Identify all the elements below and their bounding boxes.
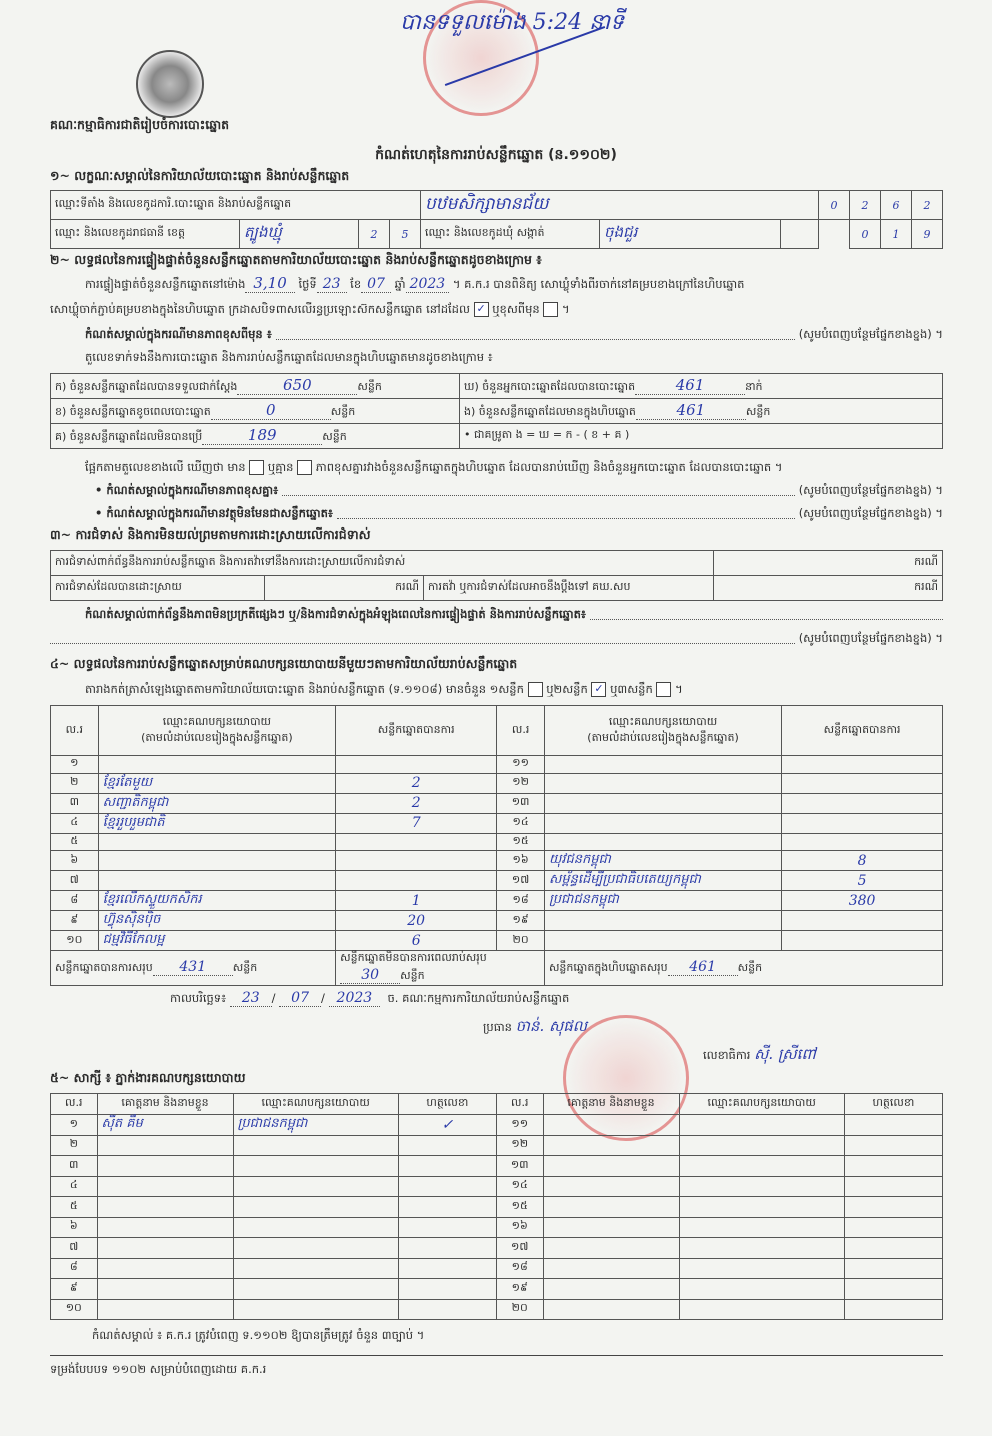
- table-row: ៣១៣: [51, 1156, 943, 1177]
- row-no: ១៦: [496, 1217, 543, 1238]
- table-row: ៤១៤: [51, 1176, 943, 1197]
- resolved-count[interactable]: ករណី: [265, 576, 424, 601]
- row-no: ៨: [51, 1258, 98, 1279]
- figure-value[interactable]: 650: [237, 376, 357, 395]
- province-label: ឈ្មោះ និងលេខកូដរាជធានី ខេត្ត: [51, 220, 240, 249]
- ballot-figures-table: ក) ចំនួនសន្លឹកឆ្នោតដែលបានទទួលជាក់ស្តែង65…: [50, 373, 943, 449]
- total-invalid-value[interactable]: 30: [340, 967, 400, 984]
- row-no: ១៤: [497, 813, 545, 833]
- complaints-table: ការជំទាស់ពាក់ព័ន្ធនឹងការរាប់សន្លឹកឆ្នោត …: [50, 550, 943, 601]
- col-no: ល.រ: [51, 706, 99, 756]
- section4-heading: ៤~ លទ្ធផលនៃការរាប់សន្លឹកឆ្នោតសម្រាប់គណបក…: [50, 656, 517, 675]
- witness-name[interactable]: [543, 1115, 679, 1136]
- witness-party[interactable]: [233, 1217, 398, 1238]
- party-votes[interactable]: [782, 833, 943, 851]
- total-invalid: សន្លឹកឆ្នោតមិនបានការពេលរាប់សរុប30សន្លឹក: [336, 951, 545, 986]
- col-name: គោត្តនាម និងនាមខ្លួន: [543, 1094, 679, 1115]
- party-votes[interactable]: 380: [782, 891, 943, 911]
- row-no: ៧: [51, 871, 99, 891]
- col-party: ឈ្មោះគណបក្សនយោបាយ(តាមលំដាប់លេខរៀងក្នុងសន…: [544, 706, 781, 756]
- station-code-digit[interactable]: 0: [819, 191, 850, 220]
- same-checkbox[interactable]: ✓: [474, 302, 489, 317]
- party-name[interactable]: [98, 833, 335, 851]
- forwarded-label: ការតវ៉ា ឬការជំទាស់ដែលអាចនឹងប្តឹងទៅ គឃ.សប: [424, 576, 714, 601]
- row-no: ១៦: [497, 851, 545, 871]
- chair-signature: ប្រធាន ចាន់. សុផល: [483, 1017, 587, 1039]
- row-no: ១៥: [497, 833, 545, 851]
- witness-party[interactable]: [679, 1115, 844, 1136]
- date-year[interactable]: 2023: [329, 990, 381, 1007]
- table-row: ៥១៥: [51, 833, 943, 851]
- party-name[interactable]: ខ្មែរលើកស្ទួយកសិករ: [98, 891, 335, 911]
- witness-name[interactable]: [97, 1197, 233, 1218]
- witness-signature[interactable]: [844, 1299, 942, 1320]
- row-no: ២០: [497, 931, 545, 951]
- col-no: ល.រ: [497, 706, 545, 756]
- difference-note-field[interactable]: [276, 327, 795, 340]
- polling-station-label: ឈ្មោះទីតាំង និងលេខកូដការិ.បោះឆ្នោត និងរា…: [51, 191, 421, 220]
- col-no: ល.រ: [496, 1094, 543, 1115]
- party-votes[interactable]: [782, 931, 943, 951]
- witness-name[interactable]: [543, 1135, 679, 1156]
- witness-name[interactable]: [543, 1176, 679, 1197]
- witness-name[interactable]: [543, 1238, 679, 1259]
- figure-row: គ) ចំនួនសន្លឹកឆ្នោតដែលមិនបានប្រើ189សន្លឹ…: [51, 424, 460, 449]
- witness-party[interactable]: [233, 1238, 398, 1259]
- province-value[interactable]: ត្បូងឃ្មុំ: [240, 220, 359, 249]
- total-valid-value[interactable]: 431: [153, 959, 233, 976]
- witness-party[interactable]: [233, 1258, 398, 1279]
- col-name: គោត្តនាម និងនាមខ្លួន: [97, 1094, 233, 1115]
- witness-table: ល.រគោត្តនាម និងនាមខ្លួនឈ្មោះគណបក្សនយោបាយ…: [50, 1093, 943, 1320]
- witness-signature[interactable]: [844, 1156, 942, 1177]
- compare-line: ផ្អែកតាមតួលេខខាងលើ ឃើញថា មាន ឬគ្មាន ភាពខ…: [85, 460, 782, 477]
- party-name[interactable]: [544, 931, 781, 951]
- witness-signature[interactable]: [844, 1115, 942, 1136]
- verification-month[interactable]: 07: [361, 276, 391, 293]
- section1-heading: ១~ លក្ខណៈសម្គាល់នៃការិយាល័យបោះឆ្នោត និងរ…: [50, 168, 349, 187]
- witness-name[interactable]: [97, 1217, 233, 1238]
- station-code-digit[interactable]: 2: [912, 191, 943, 220]
- party-votes[interactable]: [782, 793, 943, 813]
- witness-party[interactable]: [679, 1217, 844, 1238]
- station-code-digit[interactable]: 2: [850, 191, 881, 220]
- party-votes[interactable]: 20: [336, 911, 497, 931]
- witness-signature[interactable]: [844, 1258, 942, 1279]
- row-no: ២: [51, 1135, 98, 1156]
- row-no: ៦: [51, 1217, 98, 1238]
- received-time-note: បានទទួលម៉ោង 5:24 នាទី: [400, 8, 624, 40]
- changed-checkbox[interactable]: [543, 302, 558, 317]
- witness-party[interactable]: [679, 1299, 844, 1320]
- seal-status-line: សោឃ្លុំចាក់ភ្ជាប់គម្របខាងក្នុងនៃហិបឆ្នោត…: [50, 302, 570, 319]
- witness-party[interactable]: [679, 1197, 844, 1218]
- commune-code-digit[interactable]: 1: [881, 220, 912, 249]
- witness-party[interactable]: [679, 1279, 844, 1300]
- party-votes[interactable]: [336, 871, 497, 891]
- party-votes[interactable]: [782, 813, 943, 833]
- figure-row: ង) ចំនួនសន្លឹកឆ្នោតដែលមានក្នុងហិបឆ្នោត46…: [460, 399, 943, 424]
- row-no: ២: [51, 773, 99, 793]
- witness-signature[interactable]: [398, 1279, 496, 1300]
- table-row: ៩ហ៊្វុនស៊ិនប៉ិច20១៩: [51, 911, 943, 931]
- row-no: ១៨: [497, 891, 545, 911]
- party-name[interactable]: ជម្មវិធីកែលម្អ: [98, 931, 335, 951]
- row-no: ១៥: [496, 1197, 543, 1218]
- row-no: ១៣: [496, 1156, 543, 1177]
- row-no: ១៩: [496, 1279, 543, 1300]
- witness-name[interactable]: [543, 1279, 679, 1300]
- witness-signature[interactable]: [398, 1299, 496, 1320]
- party-results-table: ល.រឈ្មោះគណបក្សនយោបាយ(តាមលំដាប់លេខរៀងក្នុ…: [50, 705, 943, 986]
- witness-name[interactable]: [543, 1197, 679, 1218]
- figure-value[interactable]: 189: [202, 426, 322, 445]
- commune-label: ឈ្មោះ និងលេខកូដឃុំ សង្កាត់: [421, 220, 600, 249]
- one-sheet-checkbox[interactable]: [528, 682, 543, 697]
- row-no: ១៣: [497, 793, 545, 813]
- col-party: ឈ្មោះគណបក្សនយោបាយ: [233, 1094, 398, 1115]
- figure-value[interactable]: 461: [636, 401, 746, 420]
- witness-signature[interactable]: [844, 1238, 942, 1259]
- commune-code-digit[interactable]: 9: [912, 220, 943, 249]
- party-name[interactable]: [98, 871, 335, 891]
- footer-text: ទម្រង់បែបបទ ១១០២ សម្រាប់បំពេញដោយ គ.ក.រ: [50, 1362, 266, 1379]
- row-no: ១៩: [497, 911, 545, 931]
- row-no: ១: [51, 1115, 98, 1136]
- date-line: កាលបរិច្ឆេទ៖ 23/ 07/ 2023 ច. គណៈកម្មការក…: [170, 990, 569, 1008]
- row-no: ៦: [51, 851, 99, 871]
- figure-row: • ជាគម្រូតា ង = ឃ = ក - ( ខ + គ ): [460, 424, 943, 449]
- party-votes[interactable]: [336, 833, 497, 851]
- polling-station-table: ឈ្មោះទីតាំង និងលេខកូដការិ.បោះឆ្នោត និងរា…: [50, 190, 943, 249]
- date-month[interactable]: 07: [279, 990, 321, 1007]
- witness-party[interactable]: [679, 1176, 844, 1197]
- party-votes[interactable]: [782, 911, 943, 931]
- party-name[interactable]: យុវជនកម្ពុជា: [544, 851, 781, 871]
- total-box: សន្លឹកឆ្នោតក្នុងហិបឆ្នោតសរុប461សន្លឹក: [544, 951, 942, 986]
- witness-name[interactable]: [543, 1299, 679, 1320]
- table-row: ១ស៊ីត គឹមប្រជាជនកម្ពុជា✓១១: [51, 1115, 943, 1136]
- party-votes[interactable]: 8: [782, 851, 943, 871]
- col-votes: សន្លឹកឆ្នោតបានការ: [336, 706, 497, 756]
- witness-party[interactable]: [233, 1279, 398, 1300]
- witness-party[interactable]: [679, 1135, 844, 1156]
- table-row: ៦១៦យុវជនកម្ពុជា8: [51, 851, 943, 871]
- row-no: ៣: [51, 793, 99, 813]
- row-no: ១០: [51, 1299, 98, 1320]
- witness-name[interactable]: [97, 1238, 233, 1259]
- row-no: ៨: [51, 891, 99, 911]
- figure-row: ឃ) ចំនួនអ្នកបោះឆ្នោតដែលបានបោះឆ្នោត461នាក…: [460, 374, 943, 399]
- col-votes: សន្លឹកឆ្នោតបានការ: [782, 706, 943, 756]
- party-votes[interactable]: 5: [782, 871, 943, 891]
- irregularity-note-line: កំណត់សម្គាល់ពាក់ព័ន្ធនឹងភាពមិនប្រក្រតីផ្…: [85, 607, 943, 624]
- witness-party[interactable]: [679, 1238, 844, 1259]
- row-no: ៣: [51, 1156, 98, 1177]
- table-row: ២ខ្មែរតែមួយ2១២: [51, 773, 943, 793]
- witness-signature[interactable]: [398, 1135, 496, 1156]
- row-no: ១១: [496, 1115, 543, 1136]
- row-no: ១: [51, 756, 99, 774]
- party-name[interactable]: [544, 911, 781, 931]
- footer-divider: [50, 1355, 943, 1356]
- table-row: ២១២: [51, 1135, 943, 1156]
- table-row: ៥១៥: [51, 1197, 943, 1218]
- row-no: ១២: [497, 773, 545, 793]
- tally-sheet-line: តារាងកត់ត្រាសំឡេងឆ្នោតតាមការិយាល័យបោះឆ្ន…: [85, 682, 683, 699]
- party-name[interactable]: [544, 756, 781, 774]
- party-votes[interactable]: 2: [336, 793, 497, 813]
- witness-party[interactable]: [233, 1299, 398, 1320]
- row-no: ៥: [51, 833, 99, 851]
- witness-name[interactable]: ស៊ីត គឹម: [97, 1115, 233, 1136]
- no-difference-checkbox[interactable]: [297, 460, 312, 475]
- row-no: ២០: [496, 1299, 543, 1320]
- diff-note-field[interactable]: [282, 483, 795, 496]
- party-votes[interactable]: 6: [336, 931, 497, 951]
- party-votes[interactable]: [336, 756, 497, 774]
- witness-party[interactable]: ប្រជាជនកម្ពុជា: [233, 1115, 398, 1136]
- table-row: ៨ខ្មែរលើកស្ទួយកសិករ1១៨ប្រជាជនកម្ពុជា380: [51, 891, 943, 911]
- table-row: ៧១៧: [51, 1238, 943, 1259]
- witness-signature[interactable]: [398, 1258, 496, 1279]
- witness-signature[interactable]: [844, 1176, 942, 1197]
- two-sheet-checkbox[interactable]: ✓: [591, 682, 606, 697]
- station-code-digit[interactable]: 6: [881, 191, 912, 220]
- witness-signature[interactable]: ✓: [398, 1115, 496, 1136]
- row-no: ៤: [51, 813, 99, 833]
- complaints-count[interactable]: ករណី: [714, 551, 943, 576]
- figure-value[interactable]: 0: [211, 401, 331, 420]
- party-name[interactable]: [544, 833, 781, 851]
- verification-day[interactable]: 23: [317, 276, 347, 293]
- resolved-label: ការជំទាស់ដែលបានដោះស្រាយ: [51, 576, 265, 601]
- verification-time[interactable]: 3,10: [245, 274, 294, 293]
- witness-name[interactable]: [543, 1217, 679, 1238]
- witness-name[interactable]: [543, 1156, 679, 1177]
- figure-value[interactable]: 461: [635, 376, 745, 395]
- party-name[interactable]: សញ្ជាតិកម្ពុជា: [98, 793, 335, 813]
- row-no: ១២: [496, 1135, 543, 1156]
- copies-note: កំណត់សម្គាល់ ៖ គ.ក.រ ត្រូវបំពេញ ទ.១១០២ ឱ…: [92, 1328, 424, 1345]
- row-no: ១៧: [497, 871, 545, 891]
- col-party: ឈ្មោះគណបក្សនយោបាយ(តាមលំដាប់លេខរៀងក្នុងសន…: [98, 706, 335, 756]
- forwarded-count[interactable]: ករណី: [714, 576, 943, 601]
- col-no: ល.រ: [51, 1094, 98, 1115]
- witness-party[interactable]: [233, 1156, 398, 1177]
- witness-signature[interactable]: [844, 1135, 942, 1156]
- row-no: ១១: [497, 756, 545, 774]
- row-no: ៧: [51, 1238, 98, 1259]
- witness-signature[interactable]: [398, 1238, 496, 1259]
- witness-name[interactable]: [97, 1258, 233, 1279]
- figure-row: ខ) ចំនួនសន្លឹកឆ្នោតខូចពេលបោះឆ្នោត0សន្លឹក: [51, 399, 460, 424]
- col-party: ឈ្មោះគណបក្សនយោបាយ: [679, 1094, 844, 1115]
- irregularity-note-field[interactable]: [590, 607, 943, 620]
- row-no: ១៧: [496, 1238, 543, 1259]
- object-note-line: • កំណត់សម្គាល់ក្នុងករណីមានវត្ថុមិនមែនជាស…: [95, 506, 943, 523]
- party-votes[interactable]: 7: [336, 813, 497, 833]
- row-no: ៥: [51, 1197, 98, 1218]
- col-signature: ហត្ថលេខា: [844, 1094, 942, 1115]
- section3-heading: ៣~ ការជំទាស់ និងការមិនយល់ព្រមតាមការដោះស្…: [50, 527, 371, 546]
- party-name[interactable]: [544, 773, 781, 793]
- party-name[interactable]: [98, 756, 335, 774]
- commune-code-digit[interactable]: 0: [850, 220, 881, 249]
- figure-row: ក) ចំនួនសន្លឹកឆ្នោតដែលបានទទួលជាក់ស្តែង65…: [51, 374, 460, 399]
- figures-intro: តួលេខទាក់ទងនឹងការបោះឆ្នោត និងការរាប់សន្ល…: [85, 350, 493, 367]
- party-votes[interactable]: [782, 756, 943, 774]
- commune-value[interactable]: ចុងជួរ: [600, 220, 781, 249]
- witness-name[interactable]: [543, 1258, 679, 1279]
- party-votes[interactable]: [336, 851, 497, 871]
- commission-name: គណៈកម្មាធិការជាតិរៀបចំការបោះឆ្នោត: [50, 117, 229, 136]
- party-name[interactable]: [544, 813, 781, 833]
- province-code-digit[interactable]: 5: [390, 220, 421, 249]
- province-code-digit[interactable]: 2: [359, 220, 390, 249]
- witness-name[interactable]: [97, 1279, 233, 1300]
- party-votes[interactable]: [782, 773, 943, 793]
- row-no: ១៨: [496, 1258, 543, 1279]
- witness-signature[interactable]: [398, 1176, 496, 1197]
- party-name[interactable]: សម្ព័ន្ធដើម្បីប្រជាធិបតេយ្យកម្ពុជា: [544, 871, 781, 891]
- secretary-signature: លេខាធិការ ស៊ី. ស្រីពៅ: [703, 1045, 816, 1067]
- diff-note-line: • កំណត់សម្គាល់ក្នុងករណីមានភាពខុសគ្នា៖ (ស…: [95, 483, 943, 500]
- witness-signature[interactable]: [398, 1197, 496, 1218]
- party-name[interactable]: [98, 851, 335, 871]
- party-votes[interactable]: 1: [336, 891, 497, 911]
- section5-heading: ៥~ សាក្សី ៖ ភ្នាក់ងារគណបក្សនយោបាយ: [50, 1070, 245, 1089]
- irregularity-note-field-2[interactable]: [50, 631, 795, 644]
- table-row: ៧១៧សម្ព័ន្ធដើម្បីប្រជាធិបតេយ្យកម្ពុជា5: [51, 871, 943, 891]
- form-title: កំណត់ហេតុនៃការរាប់សន្លឹកឆ្នោត (ន.១១០២): [0, 145, 992, 166]
- witness-name[interactable]: [97, 1299, 233, 1320]
- witness-name[interactable]: [97, 1176, 233, 1197]
- witness-name[interactable]: [97, 1156, 233, 1177]
- total-box-value[interactable]: 461: [668, 959, 738, 976]
- witness-signature[interactable]: [844, 1197, 942, 1218]
- row-no: ១០: [51, 931, 99, 951]
- party-name[interactable]: ខ្មែររួបរួមជាតិ: [98, 813, 335, 833]
- total-valid: សន្លឹកឆ្នោតបានការសរុប431សន្លឹក: [51, 951, 336, 986]
- party-votes[interactable]: 2: [336, 773, 497, 793]
- witness-party[interactable]: [233, 1176, 398, 1197]
- party-name[interactable]: ហ៊្វុនស៊ិនប៉ិច: [98, 911, 335, 931]
- witness-signature[interactable]: [844, 1279, 942, 1300]
- nec-logo: [136, 50, 204, 118]
- witness-signature[interactable]: [398, 1156, 496, 1177]
- witness-party[interactable]: [233, 1197, 398, 1218]
- table-row: ១០២០: [51, 1299, 943, 1320]
- object-note-field[interactable]: [337, 506, 795, 519]
- row-no: ៤: [51, 1176, 98, 1197]
- table-row: ៩១៩: [51, 1279, 943, 1300]
- party-name[interactable]: ប្រជាជនកម្ពុជា: [544, 891, 781, 911]
- party-name[interactable]: ខ្មែរតែមួយ: [98, 773, 335, 793]
- date-day[interactable]: 23: [230, 990, 272, 1007]
- section2-heading: ២~ លទ្ធផលនៃការផ្ទៀងផ្ទាត់ចំនួនសន្លឹកឆ្នោ…: [50, 252, 542, 271]
- table-row: ៦១៦: [51, 1217, 943, 1238]
- table-row: ១០ជម្មវិធីកែលម្អ6២០: [51, 931, 943, 951]
- table-row: ៨១៨: [51, 1258, 943, 1279]
- table-row: ៣សញ្ជាតិកម្ពុជា2១៣: [51, 793, 943, 813]
- table-row: ៤ខ្មែររួបរួមជាតិ7១៤: [51, 813, 943, 833]
- party-name[interactable]: [544, 793, 781, 813]
- table-row: ១១១: [51, 756, 943, 774]
- witness-signature[interactable]: [844, 1217, 942, 1238]
- verification-year[interactable]: 2023: [406, 276, 450, 293]
- witness-party[interactable]: [233, 1135, 398, 1156]
- three-sheet-checkbox[interactable]: [656, 682, 671, 697]
- row-no: ១៤: [496, 1176, 543, 1197]
- difference-note-line: កំណត់សម្គាល់ក្នុងករណីមានភាពខុសពីមុន ៖ (ស…: [85, 327, 943, 344]
- row-no: ៩: [51, 1279, 98, 1300]
- witness-signature[interactable]: [398, 1217, 496, 1238]
- complaints-label: ការជំទាស់ពាក់ព័ន្ធនឹងការរាប់សន្លឹកឆ្នោត …: [51, 551, 714, 576]
- witness-name[interactable]: [97, 1135, 233, 1156]
- has-difference-checkbox[interactable]: [249, 460, 264, 475]
- polling-station-value[interactable]: បឋមសិក្សាមានជ័យ: [421, 191, 819, 220]
- col-signature: ហត្ថលេខា: [398, 1094, 496, 1115]
- row-no: ៩: [51, 911, 99, 931]
- witness-party[interactable]: [679, 1156, 844, 1177]
- witness-party[interactable]: [679, 1258, 844, 1279]
- verification-line: ការផ្ទៀងផ្ទាត់ចំនួនសន្លឹកឆ្នោតនៅម៉ោង3,10…: [85, 274, 745, 294]
